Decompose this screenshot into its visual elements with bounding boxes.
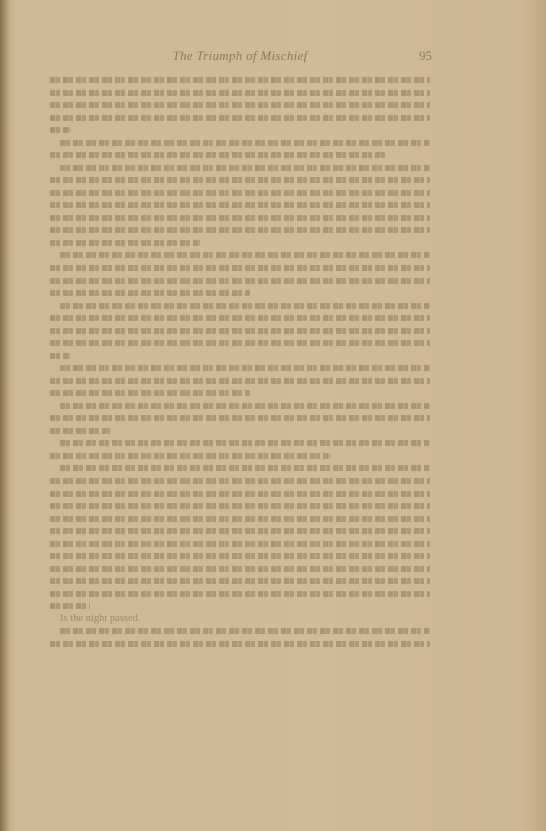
text-line <box>50 337 430 349</box>
illegible-text-placeholder <box>60 403 430 409</box>
binding-gutter-shadow <box>0 0 10 831</box>
illegible-text-placeholder <box>60 465 430 471</box>
illegible-text-placeholder <box>50 378 430 384</box>
text-line-content: Is the night passed. <box>50 613 141 624</box>
text-line <box>50 87 430 99</box>
illegible-text-placeholder <box>50 478 430 484</box>
text-line: Is the night passed. <box>50 613 430 625</box>
illegible-text-placeholder <box>50 127 70 133</box>
text-line <box>50 99 430 111</box>
text-line <box>50 400 430 412</box>
illegible-text-placeholder <box>50 428 110 434</box>
illegible-text-placeholder <box>50 641 430 647</box>
text-line <box>50 538 430 550</box>
illegible-text-placeholder <box>50 77 430 83</box>
page-number: 95 <box>419 48 432 64</box>
illegible-text-placeholder <box>50 528 430 534</box>
text-line <box>50 112 430 124</box>
illegible-text-placeholder <box>50 566 430 572</box>
illegible-text-placeholder <box>60 303 430 309</box>
illegible-text-placeholder <box>50 415 430 421</box>
text-line <box>50 237 430 249</box>
text-line <box>50 625 430 637</box>
text-line <box>50 124 430 136</box>
illegible-text-placeholder <box>50 453 330 459</box>
text-line <box>50 224 430 236</box>
illegible-text-placeholder <box>50 152 385 158</box>
text-line <box>50 212 430 224</box>
illegible-text-placeholder <box>50 578 430 584</box>
illegible-text-placeholder <box>60 365 430 371</box>
text-line <box>50 149 430 161</box>
illegible-text-placeholder <box>50 503 430 509</box>
illegible-text-placeholder <box>60 165 430 171</box>
text-line <box>50 362 430 374</box>
illegible-text-placeholder <box>50 215 430 221</box>
illegible-text-placeholder <box>50 227 430 233</box>
illegible-text-placeholder <box>50 591 430 597</box>
text-line <box>50 638 430 650</box>
illegible-text-placeholder <box>50 553 430 559</box>
text-line <box>50 500 430 512</box>
text-line <box>50 174 430 186</box>
illegible-text-placeholder <box>60 440 430 446</box>
illegible-text-placeholder <box>50 202 430 208</box>
text-line <box>50 350 430 362</box>
text-line <box>50 325 430 337</box>
text-line <box>50 74 430 86</box>
text-line <box>50 300 430 312</box>
illegible-text-placeholder <box>50 278 430 284</box>
text-line <box>50 412 430 424</box>
illegible-text-placeholder <box>50 328 430 334</box>
text-line <box>50 437 430 449</box>
text-line <box>50 275 430 287</box>
text-line <box>50 513 430 525</box>
illegible-text-placeholder <box>50 265 430 271</box>
illegible-text-placeholder <box>50 603 90 609</box>
text-line <box>50 488 430 500</box>
illegible-text-placeholder <box>60 628 430 634</box>
illegible-text-placeholder <box>50 240 200 246</box>
illegible-text-placeholder <box>50 340 430 346</box>
text-line <box>50 600 430 612</box>
text-line <box>50 287 430 299</box>
illegible-text-placeholder <box>60 252 430 258</box>
illegible-text-placeholder <box>50 315 430 321</box>
illegible-text-placeholder <box>50 177 430 183</box>
text-line <box>50 162 430 174</box>
illegible-text-placeholder <box>50 516 430 522</box>
text-line <box>50 425 430 437</box>
book-page: The Triumph of Mischief 95 Is the night … <box>0 0 546 831</box>
text-line <box>50 575 430 587</box>
text-line <box>50 312 430 324</box>
illegible-text-placeholder <box>50 541 430 547</box>
illegible-text-placeholder <box>50 90 430 96</box>
illegible-text-placeholder <box>50 102 430 108</box>
text-line <box>50 249 430 261</box>
running-title: The Triumph of Mischief <box>50 48 430 64</box>
text-line <box>50 525 430 537</box>
text-line <box>50 187 430 199</box>
illegible-text-placeholder <box>60 140 430 146</box>
text-line <box>50 199 430 211</box>
illegible-text-placeholder <box>50 353 70 359</box>
illegible-text-placeholder <box>50 115 430 121</box>
text-line <box>50 475 430 487</box>
text-line <box>50 450 430 462</box>
illegible-text-placeholder <box>50 190 430 196</box>
text-line <box>50 137 430 149</box>
text-line <box>50 563 430 575</box>
text-line <box>50 262 430 274</box>
running-header: The Triumph of Mischief 95 <box>50 48 430 66</box>
body-text: Is the night passed. <box>50 74 430 650</box>
text-line <box>50 588 430 600</box>
illegible-text-placeholder <box>50 390 250 396</box>
illegible-text-placeholder <box>50 290 250 296</box>
text-line <box>50 375 430 387</box>
text-line <box>50 550 430 562</box>
illegible-text-placeholder <box>50 491 430 497</box>
text-line <box>50 387 430 399</box>
text-line <box>50 462 430 474</box>
